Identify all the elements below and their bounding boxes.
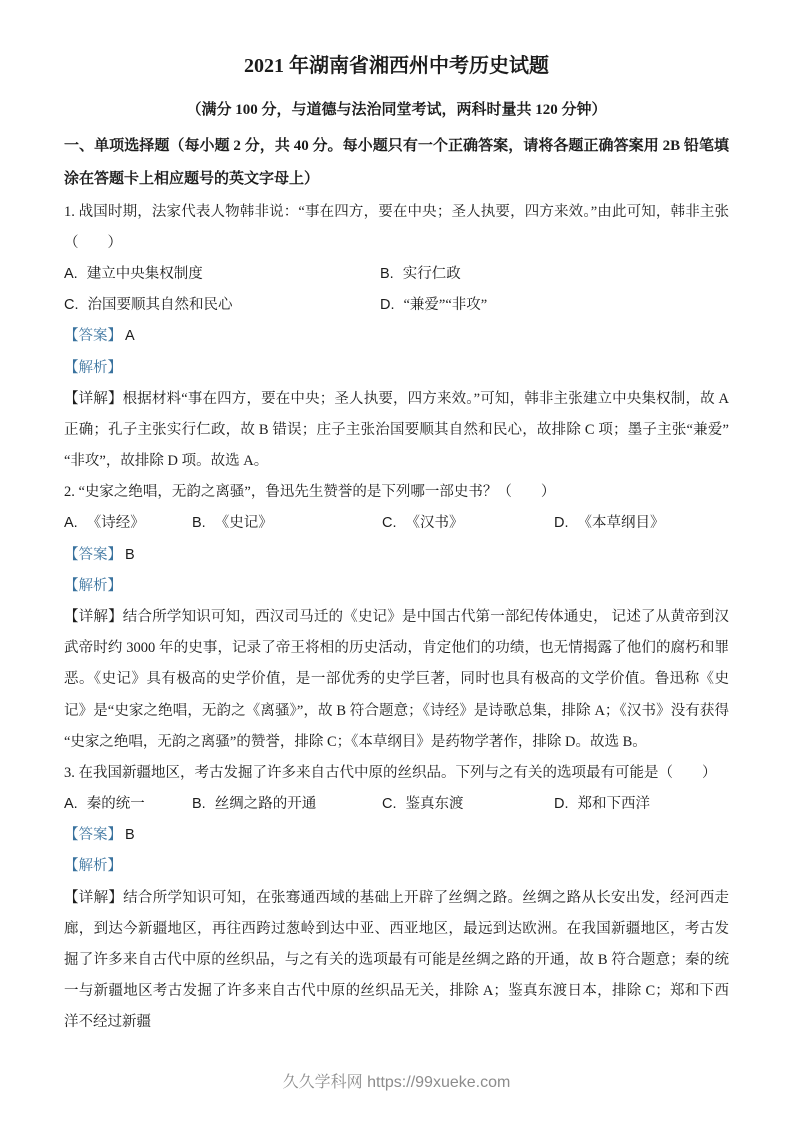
option-text: 实行仁政 (403, 266, 461, 282)
analysis-label: 【解析】 (64, 571, 729, 602)
question-stem: 1. 战国时期，法家代表人物韩非说：“事在四方，要在中央；圣人执要，四方来效。”… (64, 197, 729, 259)
option-text: 建立中央集权制度 (87, 266, 203, 282)
option-a: A.《诗经》 (64, 508, 192, 539)
explanation-text: 结合所学知识可知，在张骞通西域的基础上开辟了丝绸之路。丝绸之路从长安出发，经河西… (64, 890, 729, 1031)
option-letter: B. (192, 796, 206, 812)
detail-label: 【详解】 (64, 609, 123, 625)
page-title: 2021 年湖南省湘西州中考历史试题 (64, 50, 729, 82)
answer-line: 【答案】A (64, 321, 729, 352)
option-letter: A. (64, 515, 78, 531)
explanation: 【详解】结合所学知识可知，在张骞通西域的基础上开辟了丝绸之路。丝绸之路从长安出发… (64, 883, 729, 1039)
answer-value: A (122, 328, 135, 344)
detail-label: 【详解】 (64, 890, 123, 906)
option-text: “兼爱”“非攻” (404, 297, 488, 313)
option-text: 《诗经》 (87, 515, 145, 531)
option-letter: A. (64, 266, 78, 282)
option-text: 丝绸之路的开通 (215, 796, 317, 812)
option-d: D.《本草纲目》 (554, 508, 729, 539)
explanation-text: 根据材料“事在四方，要在中央；圣人执要，四方来效。”可知，韩非主张建立中央集权制… (64, 391, 729, 469)
question-1: 1. 战国时期，法家代表人物韩非说：“事在四方，要在中央；圣人执要，四方来效。”… (64, 197, 729, 478)
question-3: 3. 在我国新疆地区，考古发掘了许多来自古代中原的丝织品。下列与之有关的选项最有… (64, 758, 729, 1039)
option-text: 《史记》 (215, 515, 273, 531)
option-d: D.“兼爱”“非攻” (380, 290, 729, 321)
option-letter: D. (380, 297, 395, 313)
question-stem: 2. “史家之绝唱，无韵之离骚”，鲁迅先生赞誉的是下列哪一部史书？（ ） (64, 477, 729, 508)
option-letter: C. (382, 515, 397, 531)
watermark-footer: 久久学科网 https://99xueke.com (64, 1052, 729, 1096)
detail-label: 【详解】 (64, 391, 123, 407)
option-letter: C. (64, 297, 79, 313)
exam-meta: （满分 100 分，与道德与法治同堂考试，两科时量共 120 分钟） (64, 94, 729, 126)
watermark-text: 久久学科网 https://99xueke.com (283, 1074, 511, 1091)
option-c: C.治国要顺其自然和民心 (64, 290, 380, 321)
option-letter: B. (380, 266, 394, 282)
option-a: A.秦的统一 (64, 789, 192, 820)
option-c: C.鉴真东渡 (382, 789, 554, 820)
option-b: B.实行仁政 (380, 259, 729, 290)
explanation-text: 结合所学知识可知，西汉司马迁的《史记》是中国古代第一部纪传体通史， 记述了从黄帝… (64, 609, 729, 750)
option-text: 治国要顺其自然和民心 (88, 297, 233, 313)
question-2: 2. “史家之绝唱，无韵之离骚”，鲁迅先生赞誉的是下列哪一部史书？（ ） A.《… (64, 477, 729, 758)
question-stem: 3. 在我国新疆地区，考古发掘了许多来自古代中原的丝织品。下列与之有关的选项最有… (64, 758, 729, 789)
answer-label: 【答案】 (64, 328, 122, 344)
option-b: B.《史记》 (192, 508, 382, 539)
answer-line: 【答案】B (64, 540, 729, 571)
option-a: A.建立中央集权制度 (64, 259, 380, 290)
option-text: 鉴真东渡 (406, 796, 464, 812)
option-letter: C. (382, 796, 397, 812)
option-c: C.《汉书》 (382, 508, 554, 539)
section-heading: 一、单项选择题（每小题 2 分，共 40 分。每小题只有一个正确答案，请将各题正… (64, 130, 729, 195)
answer-label: 【答案】 (64, 547, 122, 563)
answer-line: 【答案】B (64, 820, 729, 851)
options-grid: A.秦的统一 B.丝绸之路的开通 C.鉴真东渡 D.郑和下西洋 (64, 789, 729, 820)
option-letter: B. (192, 515, 206, 531)
option-text: 《本草纲目》 (578, 515, 665, 531)
exam-page: 2021 年湖南省湘西州中考历史试题 （满分 100 分，与道德与法治同堂考试，… (0, 0, 793, 1122)
answer-label: 【答案】 (64, 827, 122, 843)
option-b: B.丝绸之路的开通 (192, 789, 382, 820)
answer-value: B (122, 547, 135, 563)
option-letter: D. (554, 515, 569, 531)
option-letter: D. (554, 796, 569, 812)
analysis-label: 【解析】 (64, 851, 729, 882)
analysis-label: 【解析】 (64, 353, 729, 384)
option-text: 秦的统一 (87, 796, 145, 812)
option-text: 郑和下西洋 (578, 796, 651, 812)
options-grid: A.建立中央集权制度 B.实行仁政 C.治国要顺其自然和民心 D.“兼爱”“非攻… (64, 259, 729, 321)
options-grid: A.《诗经》 B.《史记》 C.《汉书》 D.《本草纲目》 (64, 508, 729, 539)
option-d: D.郑和下西洋 (554, 789, 729, 820)
explanation: 【详解】结合所学知识可知，西汉司马迁的《史记》是中国古代第一部纪传体通史， 记述… (64, 602, 729, 758)
answer-value: B (122, 827, 135, 843)
option-letter: A. (64, 796, 78, 812)
explanation: 【详解】根据材料“事在四方，要在中央；圣人执要，四方来效。”可知，韩非主张建立中… (64, 384, 729, 478)
option-text: 《汉书》 (406, 515, 464, 531)
